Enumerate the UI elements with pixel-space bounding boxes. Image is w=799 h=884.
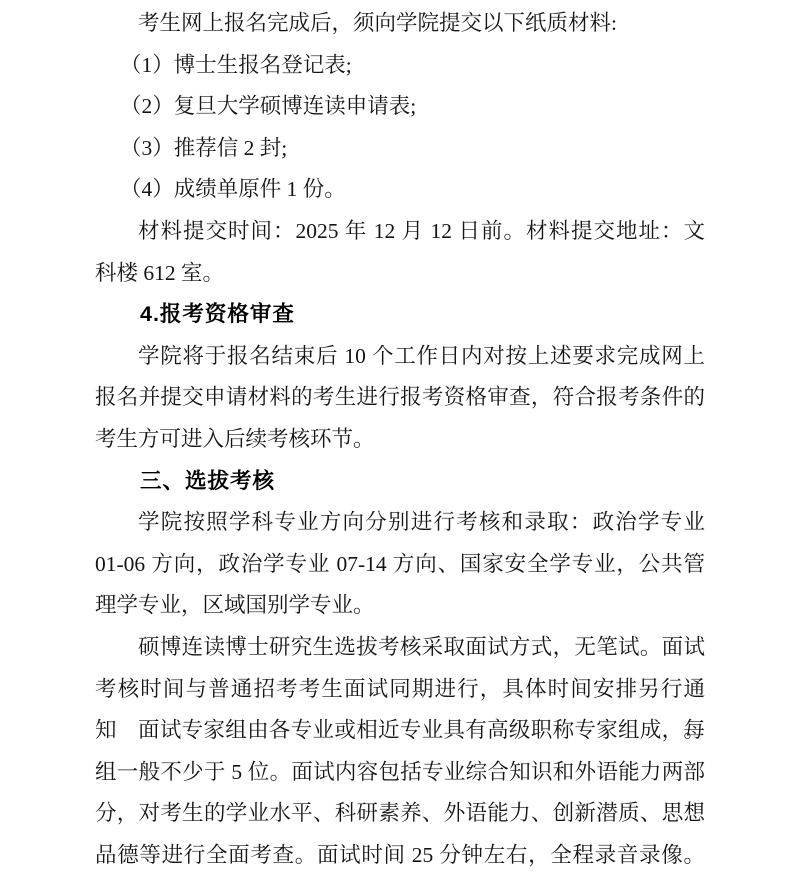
- text-line: 面试专家组由各专业或相近专业具有高级职称专家组成，每: [95, 710, 705, 752]
- text-line: 考生网上报名完成后，须向学院提交以下纸质材料:: [95, 3, 705, 45]
- paragraph-qualification-review-detail: 学院将于报名结束后 10 个工作日内对按上述要求完成网上 报名并提交申请材料的考…: [95, 336, 705, 461]
- text-line: 硕博连读博士研究生选拔考核采取面试方式，无笔试。面试: [95, 627, 705, 669]
- text-line: 材料提交时间：2025 年 12 月 12 日前。材料提交地址：文: [95, 211, 705, 253]
- text-line: 组一般不少于 5 位。面试内容包括专业综合知识和外语能力两部: [95, 752, 705, 794]
- document-page: 考生网上报名完成后，须向学院提交以下纸质材料: （1）博士生报名登记表; （2）…: [0, 0, 799, 884]
- text-line: 考核时间与普通招考考生面试同期进行，具体时间安排另行通知。: [95, 669, 705, 711]
- text-line: （4）成绩单原件 1 份。: [95, 169, 705, 211]
- list-item-3: （3）推荐信 2 封;: [95, 128, 705, 170]
- text-line: （3）推荐信 2 封;: [95, 128, 705, 170]
- section-heading: 三、选拔考核: [95, 461, 705, 503]
- text-line: 考生方可进入后续考核环节。: [95, 419, 705, 461]
- text-line: （2）复旦大学硕博连读申请表;: [95, 86, 705, 128]
- paragraph-interview-format: 硕博连读博士研究生选拔考核采取面试方式，无笔试。面试 考核时间与普通招考考生面试…: [95, 627, 705, 710]
- text-line: 理学专业，区域国别学专业。: [95, 585, 705, 627]
- text-line: 学院将于报名结束后 10 个工作日内对按上述要求完成网上: [95, 336, 705, 378]
- heading-selection-assessment: 三、选拔考核: [95, 461, 705, 503]
- paragraph-assessment-by-major: 学院按照学科专业方向分别进行考核和录取：政治学专业 01-06 方向，政治学专业…: [95, 502, 705, 627]
- text-line: 品德等进行全面考查。面试时间 25 分钟左右，全程录音录像。: [95, 835, 705, 877]
- paragraph-submission-time-address: 材料提交时间：2025 年 12 月 12 日前。材料提交地址：文 科楼 612…: [95, 211, 705, 294]
- text-line: 学院按照学科专业方向分别进行考核和录取：政治学专业: [95, 502, 705, 544]
- paragraph-submit-materials-intro: 考生网上报名完成后，须向学院提交以下纸质材料:: [95, 3, 705, 45]
- list-item-2: （2）复旦大学硕博连读申请表;: [95, 86, 705, 128]
- paragraph-interview-panel: 面试专家组由各专业或相近专业具有高级职称专家组成，每 组一般不少于 5 位。面试…: [95, 710, 705, 876]
- text-line: 报名并提交申请材料的考生进行报考资格审查，符合报考条件的: [95, 377, 705, 419]
- list-item-4: （4）成绩单原件 1 份。: [95, 169, 705, 211]
- text-line: 科楼 612 室。: [95, 253, 705, 295]
- list-item-1: （1）博士生报名登记表;: [95, 45, 705, 87]
- text-line: 分，对考生的学业水平、科研素养、外语能力、创新潜质、思想: [95, 793, 705, 835]
- document-content: 考生网上报名完成后，须向学院提交以下纸质材料: （1）博士生报名登记表; （2）…: [95, 3, 705, 876]
- heading-qualification-review: 4.报考资格审查: [95, 294, 705, 336]
- text-line: （1）博士生报名登记表;: [95, 45, 705, 87]
- text-line: 01-06 方向，政治学专业 07-14 方向、国家安全学专业，公共管: [95, 544, 705, 586]
- section-heading: 4.报考资格审查: [95, 294, 705, 336]
